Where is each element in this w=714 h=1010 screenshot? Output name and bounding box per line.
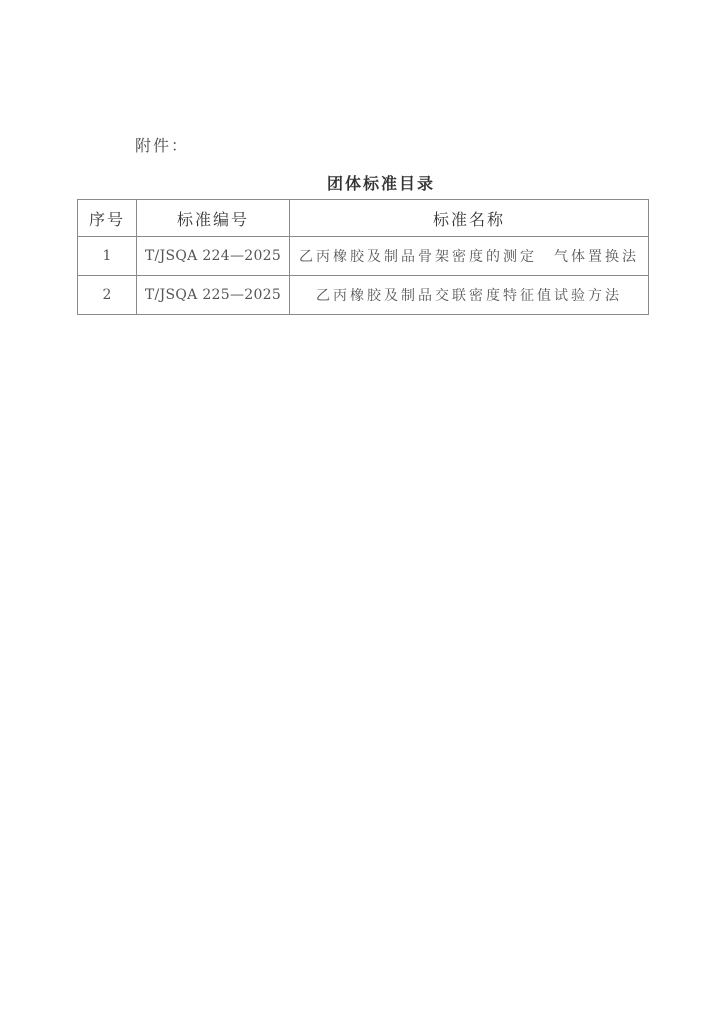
table-header-row: 序号 标准编号 标准名称 [78,200,649,237]
cell-standard-code: T/JSQA 224—2025 [137,237,290,276]
cell-serial-number: 1 [78,237,137,276]
cell-standard-name: 乙丙橡胶及制品交联密度特征值试验方法 [290,276,649,315]
document-title: 团体标准目录 [327,171,435,194]
header-standard-code: 标准编号 [137,200,290,237]
cell-serial-number: 2 [78,276,137,315]
standards-table: 序号 标准编号 标准名称 1 T/JSQA 224—2025 乙丙橡胶及制品骨架… [77,199,649,315]
cell-standard-code: T/JSQA 225—2025 [137,276,290,315]
cell-standard-name: 乙丙橡胶及制品骨架密度的测定 气体置换法 [290,237,649,276]
attachment-label: 附件： [135,133,189,156]
table-row: 2 T/JSQA 225—2025 乙丙橡胶及制品交联密度特征值试验方法 [78,276,649,315]
table-row: 1 T/JSQA 224—2025 乙丙橡胶及制品骨架密度的测定 气体置换法 [78,237,649,276]
header-serial-number: 序号 [78,200,137,237]
header-standard-name: 标准名称 [290,200,649,237]
